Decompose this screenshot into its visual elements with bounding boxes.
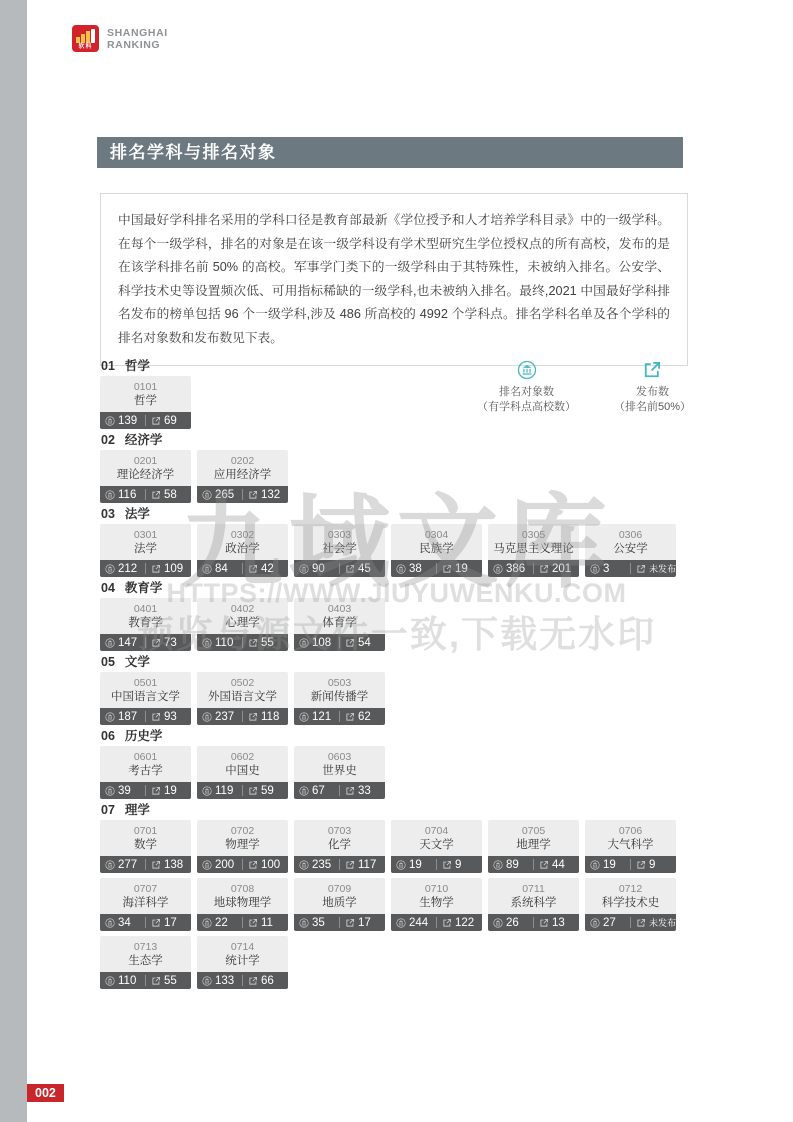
objects-count: 147 bbox=[118, 637, 137, 649]
objects-stat: 244 bbox=[391, 917, 436, 929]
subject-stats: 116 58 bbox=[100, 486, 191, 503]
section-name: 文学 bbox=[125, 655, 150, 669]
objects-count: 187 bbox=[118, 711, 137, 723]
subject-stats: 237 118 bbox=[197, 708, 288, 725]
section-name: 理学 bbox=[125, 803, 150, 817]
subject-card: 0603 世界史 67 33 bbox=[294, 746, 385, 799]
subject-name: 物理学 bbox=[225, 838, 260, 852]
brand-line2: RANKING bbox=[107, 39, 168, 51]
bank-icon bbox=[202, 786, 212, 796]
objects-stat: 67 bbox=[294, 785, 339, 797]
subject-stats: 19 9 bbox=[391, 856, 482, 873]
bank-icon bbox=[396, 564, 406, 574]
bank-icon bbox=[299, 638, 309, 648]
export-icon bbox=[442, 564, 452, 574]
objects-count: 119 bbox=[215, 785, 233, 797]
subject-code: 0304 bbox=[425, 529, 448, 542]
objects-stat: 200 bbox=[197, 859, 242, 871]
objects-stat: 133 bbox=[197, 975, 242, 987]
subject-code: 0501 bbox=[134, 677, 157, 690]
subject-card-header: 0705 地理学 bbox=[488, 820, 579, 856]
objects-stat: 277 bbox=[100, 859, 145, 871]
subject-code: 0705 bbox=[522, 825, 545, 838]
published-stat: 132 bbox=[243, 489, 288, 501]
published-count: 45 bbox=[358, 563, 371, 575]
subject-card: 0706 大气科学 19 9 bbox=[585, 820, 676, 873]
document-page: 软科 SHANGHAI RANKING 排名学科与排名对象 中国最好学科排名采用… bbox=[0, 0, 793, 1122]
export-icon bbox=[442, 918, 452, 928]
bank-icon bbox=[396, 860, 406, 870]
published-stat: 201 bbox=[534, 563, 579, 575]
export-icon bbox=[539, 564, 549, 574]
subject-card-header: 0305 马克思主义理论 bbox=[488, 524, 579, 560]
subject-code: 0701 bbox=[134, 825, 157, 838]
section-cards: 0401 教育学 147 73 0402 心理学 110 bbox=[100, 598, 684, 656]
bank-icon bbox=[396, 918, 406, 928]
objects-stat: 265 bbox=[197, 489, 242, 501]
subject-code: 0702 bbox=[231, 825, 254, 838]
subject-name: 理论经济学 bbox=[117, 468, 175, 482]
bank-icon bbox=[299, 712, 309, 722]
subject-card-header: 0401 教育学 bbox=[100, 598, 191, 634]
subject-stats: 133 66 bbox=[197, 972, 288, 989]
subject-card-header: 0703 化学 bbox=[294, 820, 385, 856]
bank-icon bbox=[590, 564, 600, 574]
subject-card: 0702 物理学 200 100 bbox=[197, 820, 288, 873]
subject-card-header: 0603 世界史 bbox=[294, 746, 385, 782]
subject-stats: 110 55 bbox=[100, 972, 191, 989]
export-icon bbox=[345, 786, 355, 796]
objects-count: 265 bbox=[215, 489, 234, 501]
export-icon bbox=[539, 918, 549, 928]
subject-section: 07理学 0701 数学 277 138 0702 物理学 bbox=[100, 804, 700, 994]
bank-icon bbox=[105, 416, 115, 426]
objects-count: 26 bbox=[506, 917, 519, 929]
bank-icon bbox=[105, 786, 115, 796]
export-icon bbox=[151, 786, 161, 796]
subject-stats: 84 42 bbox=[197, 560, 288, 577]
subject-code: 0202 bbox=[231, 455, 254, 468]
bank-icon bbox=[590, 918, 600, 928]
shanghairanking-logo: 软科 SHANGHAI RANKING bbox=[72, 25, 168, 52]
subject-stats: 386 201 bbox=[488, 560, 579, 577]
subject-name: 考古学 bbox=[128, 764, 163, 778]
published-stat: 17 bbox=[146, 917, 191, 929]
subject-stats: 90 45 bbox=[294, 560, 385, 577]
subject-code: 0503 bbox=[328, 677, 351, 690]
objects-count: 22 bbox=[215, 917, 228, 929]
published-count: 58 bbox=[164, 489, 177, 501]
subject-card-header: 0706 大气科学 bbox=[585, 820, 676, 856]
subject-card: 0701 数学 277 138 bbox=[100, 820, 191, 873]
subject-section: 06历史学 0601 考古学 39 19 0602 中国史 bbox=[100, 730, 700, 804]
subject-name: 统计学 bbox=[225, 954, 260, 968]
subject-card-header: 0303 社会学 bbox=[294, 524, 385, 560]
published-stat: 44 bbox=[534, 859, 579, 871]
subject-card: 0306 公安学 3 未发布 bbox=[585, 524, 676, 577]
subject-card: 0304 民族学 38 19 bbox=[391, 524, 482, 577]
subject-stats: 89 44 bbox=[488, 856, 579, 873]
objects-stat: 19 bbox=[391, 859, 436, 871]
section-label: 07理学 bbox=[101, 804, 700, 816]
bank-icon bbox=[105, 976, 115, 986]
subject-stats: 200 100 bbox=[197, 856, 288, 873]
objects-stat: 26 bbox=[488, 917, 533, 929]
subject-card-header: 0301 法学 bbox=[100, 524, 191, 560]
published-stat: 59 bbox=[243, 785, 288, 797]
published-count: 118 bbox=[261, 711, 279, 723]
export-icon bbox=[248, 918, 258, 928]
bank-icon bbox=[202, 490, 212, 500]
published-count: 59 bbox=[261, 785, 274, 797]
subject-code: 0601 bbox=[134, 751, 157, 764]
subject-card: 0714 统计学 133 66 bbox=[197, 936, 288, 989]
left-binding-strip bbox=[0, 0, 27, 1122]
subject-name: 天文学 bbox=[419, 838, 454, 852]
subject-section: 01哲学 0101 哲学 139 69 bbox=[100, 360, 700, 434]
bank-icon bbox=[105, 638, 115, 648]
export-icon bbox=[345, 712, 355, 722]
subject-code: 0401 bbox=[134, 603, 157, 616]
subject-card-header: 0712 科学技术史 bbox=[585, 878, 676, 914]
section-cards: 0601 考古学 39 19 0602 中国史 119 bbox=[100, 746, 684, 804]
subject-code: 0305 bbox=[522, 529, 545, 542]
export-icon bbox=[248, 490, 258, 500]
objects-stat: 19 bbox=[585, 859, 630, 871]
subject-code: 0306 bbox=[619, 529, 642, 542]
objects-count: 110 bbox=[118, 975, 136, 987]
subject-name: 生物学 bbox=[419, 896, 454, 910]
published-stat: 33 bbox=[340, 785, 385, 797]
subject-stats: 38 19 bbox=[391, 560, 482, 577]
objects-stat: 38 bbox=[391, 563, 436, 575]
bar-chart-icon bbox=[81, 34, 85, 43]
bank-icon bbox=[299, 860, 309, 870]
objects-stat: 84 bbox=[197, 563, 242, 575]
subject-card: 0403 体育学 108 54 bbox=[294, 598, 385, 651]
published-stat: 45 bbox=[340, 563, 385, 575]
subject-name: 马克思主义理论 bbox=[493, 542, 574, 556]
published-count: 55 bbox=[261, 637, 274, 649]
bank-icon bbox=[299, 564, 309, 574]
export-icon bbox=[539, 860, 549, 870]
subject-name: 地质学 bbox=[322, 896, 357, 910]
bank-icon bbox=[202, 564, 212, 574]
published-stat: 55 bbox=[243, 637, 288, 649]
subject-code: 0402 bbox=[231, 603, 254, 616]
subject-name: 法学 bbox=[134, 542, 157, 556]
subject-section: 05文学 0501 中国语言文学 187 93 0502 外国语言文学 bbox=[100, 656, 700, 730]
subject-stats: 212 109 bbox=[100, 560, 191, 577]
objects-stat: 34 bbox=[100, 917, 145, 929]
objects-stat: 110 bbox=[197, 637, 242, 649]
subject-card-header: 0302 政治学 bbox=[197, 524, 288, 560]
published-count: 9 bbox=[649, 859, 655, 871]
export-icon bbox=[442, 860, 452, 870]
subject-code: 0704 bbox=[425, 825, 448, 838]
subject-name: 化学 bbox=[328, 838, 351, 852]
objects-stat: 27 bbox=[585, 917, 630, 929]
published-count: 11 bbox=[261, 917, 273, 929]
published-stat: 13 bbox=[534, 917, 579, 929]
objects-count: 200 bbox=[215, 859, 234, 871]
section-name: 哲学 bbox=[125, 359, 150, 373]
export-icon bbox=[248, 786, 258, 796]
export-icon bbox=[248, 712, 258, 722]
subject-code: 0303 bbox=[328, 529, 351, 542]
bank-icon bbox=[202, 712, 212, 722]
section-code: 03 bbox=[101, 507, 115, 521]
subject-stats: 34 17 bbox=[100, 914, 191, 931]
page-number: 002 bbox=[27, 1084, 64, 1102]
objects-count: 90 bbox=[312, 563, 325, 575]
export-icon bbox=[345, 860, 355, 870]
subject-card-header: 0707 海洋科学 bbox=[100, 878, 191, 914]
subject-card: 0707 海洋科学 34 17 bbox=[100, 878, 191, 931]
subject-card: 0704 天文学 19 9 bbox=[391, 820, 482, 873]
published-count: 201 bbox=[552, 563, 571, 575]
section-label: 03法学 bbox=[101, 508, 700, 520]
objects-stat: 89 bbox=[488, 859, 533, 871]
published-stat: 42 bbox=[243, 563, 288, 575]
subject-code: 0301 bbox=[134, 529, 157, 542]
bank-icon bbox=[493, 918, 503, 928]
published-stat: 11 bbox=[243, 917, 288, 929]
published-stat: 54 bbox=[340, 637, 385, 649]
objects-count: 277 bbox=[118, 859, 137, 871]
section-cards: 0701 数学 277 138 0702 物理学 200 bbox=[100, 820, 684, 994]
logo-r-shape bbox=[91, 29, 95, 43]
subject-card-header: 0704 天文学 bbox=[391, 820, 482, 856]
subject-code: 0502 bbox=[231, 677, 254, 690]
objects-count: 19 bbox=[409, 859, 422, 871]
subject-stats: 139 69 bbox=[100, 412, 191, 429]
subject-card: 0401 教育学 147 73 bbox=[100, 598, 191, 651]
published-stat: 122 bbox=[437, 917, 482, 929]
published-count: 100 bbox=[261, 859, 280, 871]
published-stat: 55 bbox=[146, 975, 191, 987]
published-stat: 109 bbox=[146, 563, 191, 575]
section-name: 法学 bbox=[125, 507, 150, 521]
export-icon bbox=[248, 638, 258, 648]
subject-stats: 121 62 bbox=[294, 708, 385, 725]
bank-icon bbox=[202, 918, 212, 928]
subject-card: 0711 系统科学 26 13 bbox=[488, 878, 579, 931]
subject-stats: 187 93 bbox=[100, 708, 191, 725]
published-stat: 19 bbox=[437, 563, 482, 575]
sections: 01哲学 0101 哲学 139 69 02经济学 0201 理论经 bbox=[100, 360, 700, 994]
subject-card: 0303 社会学 90 45 bbox=[294, 524, 385, 577]
subject-name: 公安学 bbox=[613, 542, 648, 556]
export-icon bbox=[345, 564, 355, 574]
subject-card: 0201 理论经济学 116 58 bbox=[100, 450, 191, 503]
objects-count: 133 bbox=[215, 975, 234, 987]
subject-card: 0502 外国语言文学 237 118 bbox=[197, 672, 288, 725]
subject-card: 0712 科学技术史 27 未发布 bbox=[585, 878, 676, 931]
published-count: 66 bbox=[261, 975, 274, 987]
bank-icon bbox=[105, 918, 115, 928]
subject-stats: 26 13 bbox=[488, 914, 579, 931]
objects-stat: 22 bbox=[197, 917, 242, 929]
export-icon bbox=[248, 860, 258, 870]
subject-stats: 3 未发布 bbox=[585, 560, 676, 577]
export-icon bbox=[151, 638, 161, 648]
subject-code: 0403 bbox=[328, 603, 351, 616]
subject-card-header: 0711 系统科学 bbox=[488, 878, 579, 914]
export-icon bbox=[151, 712, 161, 722]
subject-stats: 39 19 bbox=[100, 782, 191, 799]
objects-stat: 35 bbox=[294, 917, 339, 929]
section-name: 教育学 bbox=[125, 581, 163, 595]
section-code: 06 bbox=[101, 729, 115, 743]
page-title: 排名学科与排名对象 bbox=[97, 137, 683, 168]
objects-stat: 237 bbox=[197, 711, 242, 723]
subject-name: 数学 bbox=[134, 838, 157, 852]
subject-stats: 244 122 bbox=[391, 914, 482, 931]
subject-code: 0703 bbox=[328, 825, 351, 838]
published-stat: 100 bbox=[243, 859, 288, 871]
published-stat: 93 bbox=[146, 711, 191, 723]
subject-card-header: 0201 理论经济学 bbox=[100, 450, 191, 486]
subject-card-header: 0306 公安学 bbox=[585, 524, 676, 560]
published-stat: 未发布 bbox=[631, 562, 676, 575]
subject-stats: 110 55 bbox=[197, 634, 288, 651]
export-icon bbox=[345, 638, 355, 648]
subject-name: 世界史 bbox=[322, 764, 357, 778]
subject-stats: 235 117 bbox=[294, 856, 385, 873]
export-icon bbox=[151, 564, 161, 574]
published-count: 17 bbox=[164, 917, 177, 929]
section-code: 02 bbox=[101, 433, 115, 447]
subject-name: 体育学 bbox=[322, 616, 357, 630]
subject-card: 0708 地球物理学 22 11 bbox=[197, 878, 288, 931]
objects-stat: 121 bbox=[294, 711, 339, 723]
subject-card-header: 0304 民族学 bbox=[391, 524, 482, 560]
subject-code: 0603 bbox=[328, 751, 351, 764]
objects-count: 121 bbox=[312, 711, 331, 723]
objects-count: 89 bbox=[506, 859, 519, 871]
export-icon bbox=[636, 860, 646, 870]
subject-code: 0201 bbox=[134, 455, 157, 468]
published-count: 17 bbox=[358, 917, 371, 929]
objects-count: 27 bbox=[603, 917, 616, 929]
subject-card-header: 0202 应用经济学 bbox=[197, 450, 288, 486]
bank-icon bbox=[493, 860, 503, 870]
subject-card: 0302 政治学 84 42 bbox=[197, 524, 288, 577]
subject-name: 大气科学 bbox=[608, 838, 654, 852]
subject-name: 哲学 bbox=[134, 394, 157, 408]
published-count: 未发布 bbox=[649, 916, 676, 929]
subject-name: 心理学 bbox=[225, 616, 260, 630]
bank-icon bbox=[299, 918, 309, 928]
subject-stats: 27 未发布 bbox=[585, 914, 676, 931]
objects-count: 110 bbox=[215, 637, 233, 649]
published-stat: 62 bbox=[340, 711, 385, 723]
objects-stat: 108 bbox=[294, 637, 339, 649]
published-count: 109 bbox=[164, 563, 183, 575]
subject-card-header: 0101 哲学 bbox=[100, 376, 191, 412]
subject-card: 0602 中国史 119 59 bbox=[197, 746, 288, 799]
published-stat: 66 bbox=[243, 975, 288, 987]
objects-count: 212 bbox=[118, 563, 137, 575]
export-icon bbox=[248, 564, 258, 574]
published-count: 122 bbox=[455, 917, 474, 929]
subject-card: 0710 生物学 244 122 bbox=[391, 878, 482, 931]
subject-name: 地理学 bbox=[516, 838, 551, 852]
export-icon bbox=[151, 976, 161, 986]
subject-card-header: 0602 中国史 bbox=[197, 746, 288, 782]
published-count: 44 bbox=[552, 859, 565, 871]
subject-card: 0301 法学 212 109 bbox=[100, 524, 191, 577]
published-count: 138 bbox=[164, 859, 183, 871]
bar-chart-icon bbox=[76, 37, 80, 43]
section-code: 07 bbox=[101, 803, 115, 817]
subject-card-header: 0402 心理学 bbox=[197, 598, 288, 634]
published-count: 未发布 bbox=[649, 562, 676, 575]
section-cards: 0501 中国语言文学 187 93 0502 外国语言文学 237 bbox=[100, 672, 684, 730]
objects-count: 35 bbox=[312, 917, 325, 929]
subject-code: 0714 bbox=[231, 941, 254, 954]
published-count: 117 bbox=[358, 859, 376, 871]
bank-icon bbox=[493, 564, 503, 574]
section-code: 05 bbox=[101, 655, 115, 669]
objects-count: 3 bbox=[603, 563, 609, 575]
subject-name: 新闻传播学 bbox=[311, 690, 369, 704]
published-stat: 未发布 bbox=[631, 916, 676, 929]
section-name: 经济学 bbox=[125, 433, 163, 447]
published-count: 9 bbox=[455, 859, 461, 871]
subject-code: 0711 bbox=[522, 883, 545, 896]
section-cards: 0301 法学 212 109 0302 政治学 84 bbox=[100, 524, 684, 582]
published-count: 73 bbox=[164, 637, 177, 649]
subject-stats: 19 9 bbox=[585, 856, 676, 873]
published-count: 33 bbox=[358, 785, 371, 797]
subject-card-header: 0708 地球物理学 bbox=[197, 878, 288, 914]
published-stat: 73 bbox=[146, 637, 191, 649]
objects-stat: 235 bbox=[294, 859, 339, 871]
objects-count: 139 bbox=[118, 415, 137, 427]
published-count: 69 bbox=[164, 415, 177, 427]
subject-code: 0710 bbox=[425, 883, 448, 896]
section-label: 01哲学 bbox=[101, 360, 700, 372]
objects-count: 108 bbox=[312, 637, 331, 649]
subject-card: 0503 新闻传播学 121 62 bbox=[294, 672, 385, 725]
subject-stats: 277 138 bbox=[100, 856, 191, 873]
subject-card: 0705 地理学 89 44 bbox=[488, 820, 579, 873]
subject-code: 0709 bbox=[328, 883, 351, 896]
logo-chinese-text: 软科 bbox=[72, 44, 99, 51]
subject-card-header: 0403 体育学 bbox=[294, 598, 385, 634]
published-count: 93 bbox=[164, 711, 177, 723]
objects-count: 67 bbox=[312, 785, 325, 797]
objects-stat: 110 bbox=[100, 975, 145, 987]
subject-name: 中国语言文学 bbox=[111, 690, 180, 704]
subject-name: 生态学 bbox=[128, 954, 163, 968]
subject-name: 中国史 bbox=[225, 764, 260, 778]
subject-card: 0713 生态学 110 55 bbox=[100, 936, 191, 989]
published-stat: 117 bbox=[340, 859, 385, 871]
section-code: 01 bbox=[101, 359, 115, 373]
subject-name: 教育学 bbox=[128, 616, 163, 630]
subject-code: 0712 bbox=[619, 883, 642, 896]
bank-icon bbox=[202, 860, 212, 870]
subject-card-header: 0501 中国语言文学 bbox=[100, 672, 191, 708]
objects-count: 34 bbox=[118, 917, 131, 929]
subject-card: 0202 应用经济学 265 132 bbox=[197, 450, 288, 503]
objects-stat: 3 bbox=[585, 563, 630, 575]
objects-stat: 116 bbox=[100, 489, 145, 501]
objects-count: 244 bbox=[409, 917, 428, 929]
